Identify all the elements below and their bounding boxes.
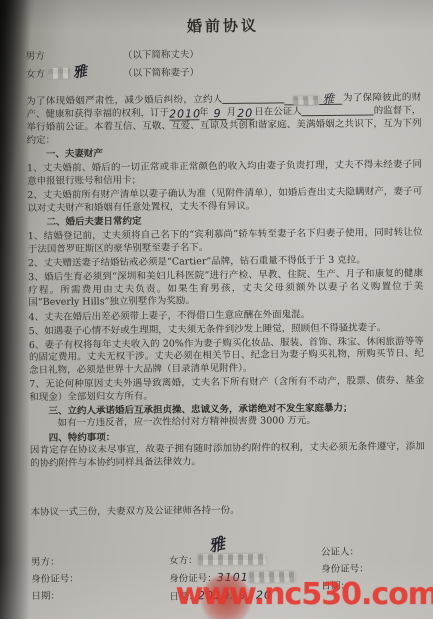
month-handwriting: 9	[209, 109, 227, 120]
party-wife-row: 女方 雅 （以下简称妻子）	[26, 61, 421, 83]
wife-party-label: 女方：	[169, 555, 198, 566]
page-title: 婚前协议	[25, 18, 420, 35]
notary-party-label: 公证人：	[321, 543, 426, 561]
intro-paragraph: 为了体现婚姻严肃性，减少婚后纠纷，立约人 雅为了保障彼此的财产、健康和获得幸福的…	[26, 91, 422, 148]
party-wife-label: 女方	[26, 66, 45, 82]
husband-date-label: 日期：	[31, 587, 169, 605]
section2-item: 7、无论何种原因丈夫外遇导致离婚，丈夫名下所有财产（含所有不动产，股票、债券、基…	[29, 375, 424, 404]
signer-name-line: 雅	[285, 93, 343, 105]
section2-item: 1、结婚登记前，丈夫须将自己名下的“宾利慕尚”轿车转至妻子名下归妻子使用，同时转…	[28, 227, 423, 256]
section1-item: 2、丈夫婚前所有财产清单以妻子确认为准（见附件清单），如婚后查出丈夫隐瞒财产，妻…	[27, 186, 422, 215]
wife-signature-flourish: 雅	[207, 535, 226, 555]
section1-item: 1、丈夫婚前、婚后的一切正常或非正常颜色的收入均由妻子负责打理，丈夫不得未经妻子…	[27, 159, 422, 188]
redaction-block	[293, 96, 319, 105]
party-wife-suffix: （以下简称妻子）	[123, 67, 199, 79]
agreement-page: 婚前协议 男方 （以下简称丈夫） 女方 雅 （以下简称妻子） 为了体现婚姻严肃性…	[25, 16, 425, 519]
notary-id-label: 身份证号：	[321, 560, 426, 578]
wife-party-row: 女方：	[169, 551, 321, 570]
section2-item: 3、婚后生育必须到“深圳和美妇儿科医院”进行产检、早教、住院、生产、月子和康复的…	[28, 268, 423, 310]
section2-item: 6、妻子有权将每年丈夫收入的 20%作为妻子购买化妆品、服装、首饰、珠宝、休闲旅…	[29, 336, 424, 378]
year-handwriting: 2010	[169, 109, 199, 120]
intro-unit-month: 月	[227, 107, 237, 118]
party-wife-name-area: 雅	[48, 64, 120, 83]
section4-body: 因肯定存在协议未尽事宜，故妻子拥有随时添加协约附件的权利，丈夫必须无条件遵守，添…	[30, 441, 425, 470]
wife-signature-handwriting: 雅	[72, 63, 88, 81]
day-handwriting: 20	[236, 109, 254, 120]
signer-blank-line	[223, 92, 285, 104]
intro-text-1: 为了体现婚姻严肃性，减少婚后纠纷，立约人	[26, 94, 223, 107]
intro-unit-day: 日在公证人	[254, 106, 302, 117]
redaction-block	[198, 554, 266, 566]
intro-unit-year: 年	[199, 107, 209, 118]
site-watermark: www.nc530.com	[176, 577, 433, 612]
signer-handwriting: 雅	[322, 91, 334, 105]
document-photo: 婚前协议 男方 （以下简称丈夫） 女方 雅 （以下简称妻子） 为了体现婚姻严肃性…	[0, 0, 433, 619]
husband-signature-column: 男方： 身份证号： 日期：	[31, 553, 170, 607]
closing-line: 本协议一式三份，夫妻双方及公证律师各持一份。	[30, 503, 425, 520]
redaction-block	[48, 67, 70, 78]
party-husband-label: 男方	[26, 48, 45, 64]
notary-blank-line	[302, 105, 374, 117]
party-husband-suffix: （以下简称丈夫）	[123, 49, 199, 61]
husband-party-label: 男方：	[31, 553, 169, 571]
husband-id-label: 身份证号：	[31, 570, 169, 588]
